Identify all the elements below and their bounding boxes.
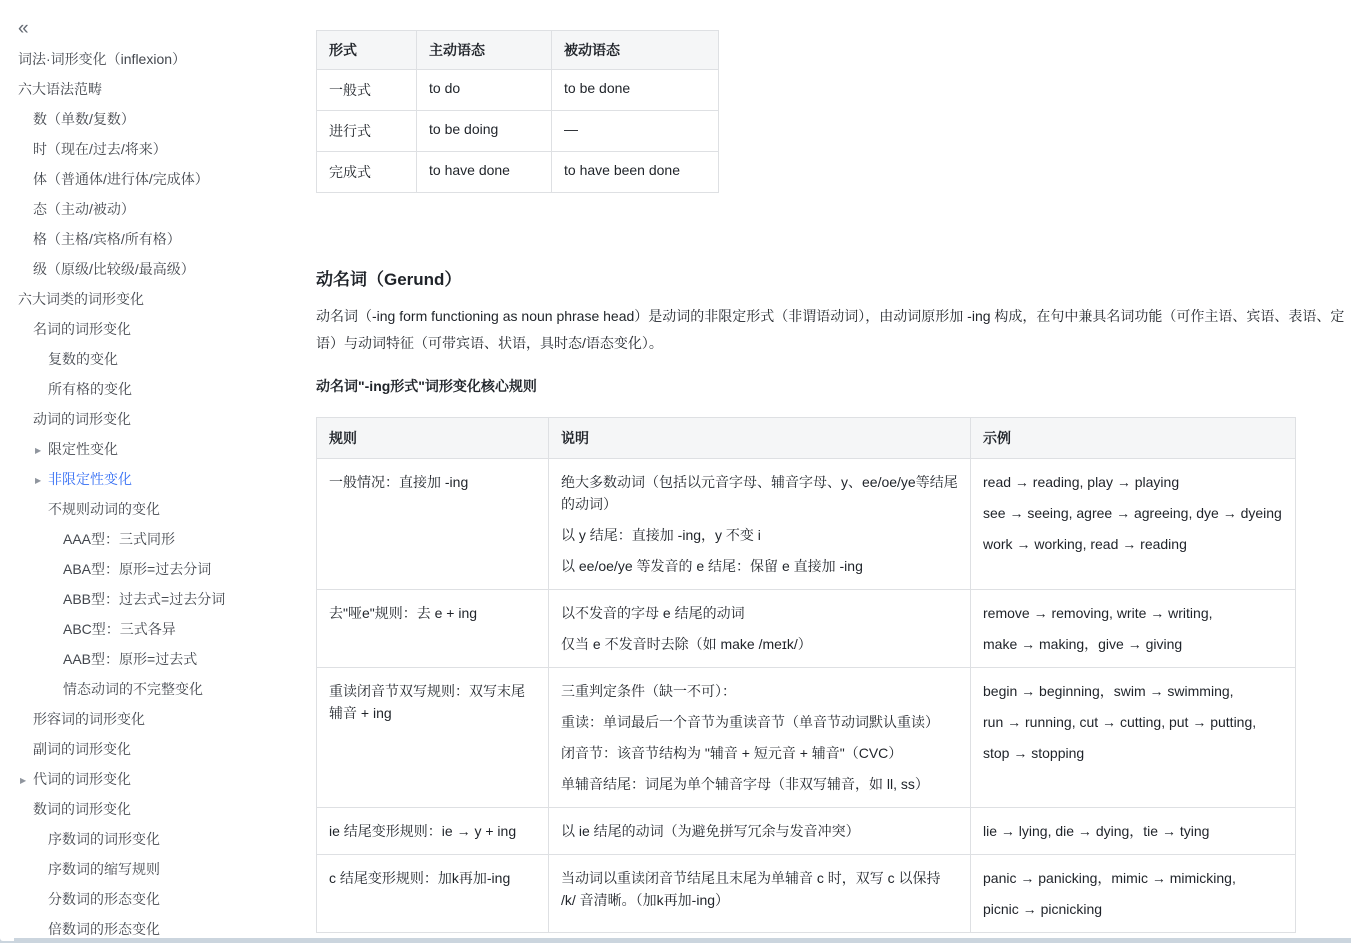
sidebar-item[interactable]: ▶限定性变化 bbox=[0, 434, 302, 464]
sidebar-item-label: 名词的词形变化 bbox=[33, 321, 131, 337]
table-cell: ie 结尾变形规则：ie → y + ing bbox=[317, 808, 549, 855]
sidebar: « 词法·词形变化（inflexion）六大语法范畴数（单数/复数）时（现在/过… bbox=[0, 0, 302, 943]
table-cell: 绝大多数动词（包括以元音字母、辅音字母、y、ee/oe/ye等结尾的动词）以 y… bbox=[549, 459, 971, 590]
table-cell: 三重判定条件（缺一不可）：重读：单词最后一个音节为重读音节（单音节动词默认重读）… bbox=[549, 668, 971, 808]
table-cell: 一般式 bbox=[317, 70, 417, 111]
table-cell: 以 ie 结尾的动词（为避免拼写冗余与发音冲突） bbox=[549, 808, 971, 855]
sidebar-item-label: ABA型：原形=过去分词 bbox=[63, 561, 211, 577]
table-cell: 一般情况：直接加 -ing bbox=[317, 459, 549, 590]
table-cell: 去"哑e"规则：去 e + ing bbox=[317, 590, 549, 668]
sidebar-item[interactable]: ABB型：过去式=过去分词 bbox=[0, 584, 302, 614]
sidebar-item[interactable]: 态（主动/被动） bbox=[0, 194, 302, 224]
sidebar-item-label: 所有格的变化 bbox=[48, 381, 132, 397]
sidebar-item-label: 形容词的词形变化 bbox=[33, 711, 145, 727]
sidebar-item[interactable]: 序数词的缩写规则 bbox=[0, 854, 302, 884]
sidebar-item-label: 动词的词形变化 bbox=[33, 411, 131, 427]
rules-table-body: 一般情况：直接加 -ing绝大多数动词（包括以元音字母、辅音字母、y、ee/oe… bbox=[317, 459, 1296, 933]
table-header-cell: 形式 bbox=[317, 31, 417, 70]
sidebar-item[interactable]: ▶代词的词形变化 bbox=[0, 764, 302, 794]
table-row: ie 结尾变形规则：ie → y + ing以 ie 结尾的动词（为避免拼写冗余… bbox=[317, 808, 1296, 855]
sidebar-item-label: 倍数词的形态变化 bbox=[48, 921, 160, 937]
sidebar-item[interactable]: 所有格的变化 bbox=[0, 374, 302, 404]
sidebar-item[interactable]: 序数词的词形变化 bbox=[0, 824, 302, 854]
sidebar-item-label: 级（原级/比较级/最高级） bbox=[33, 261, 195, 277]
sidebar-item[interactable]: ABA型：原形=过去分词 bbox=[0, 554, 302, 584]
voice-forms-table: 形式 主动语态 被动语态 一般式to doto be done进行式to be … bbox=[316, 30, 719, 193]
table-row: 去"哑e"规则：去 e + ing以不发音的字母 e 结尾的动词仅当 e 不发音… bbox=[317, 590, 1296, 668]
sidebar-item[interactable]: 复数的变化 bbox=[0, 344, 302, 374]
expand-arrow-icon[interactable]: ▶ bbox=[20, 766, 33, 796]
table-cell: to be done bbox=[552, 70, 719, 111]
table-cell: panic → panicking，mimic → mimicking,picn… bbox=[971, 855, 1296, 933]
expand-arrow-icon[interactable]: ▶ bbox=[35, 466, 48, 496]
sidebar-item-label: 序数词的缩写规则 bbox=[48, 861, 160, 877]
table-cell: read → reading, play → playingsee → seei… bbox=[971, 459, 1296, 590]
sidebar-item[interactable]: 形容词的词形变化 bbox=[0, 704, 302, 734]
sidebar-item-label: 副词的词形变化 bbox=[33, 741, 131, 757]
table-cell: 当动词以重读闭音节结尾且末尾为单辅音 c 时，双写 c 以保持 /k/ 音清晰。… bbox=[549, 855, 971, 933]
main-content: 形式 主动语态 被动语态 一般式to doto be done进行式to be … bbox=[316, 0, 1346, 943]
table-row: 一般情况：直接加 -ing绝大多数动词（包括以元音字母、辅音字母、y、ee/oe… bbox=[317, 459, 1296, 590]
sidebar-item-label: 词法·词形变化（inflexion） bbox=[18, 51, 186, 67]
sidebar-item-label: 复数的变化 bbox=[48, 351, 118, 367]
sidebar-item[interactable]: 体（普通体/进行体/完成体） bbox=[0, 164, 302, 194]
sidebar-item-label: 数词的词形变化 bbox=[33, 801, 131, 817]
document-app: « 词法·词形变化（inflexion）六大语法范畴数（单数/复数）时（现在/过… bbox=[0, 0, 1351, 943]
sidebar-item-label: 格（主格/宾格/所有格） bbox=[33, 231, 181, 247]
sidebar-item[interactable]: 动词的词形变化 bbox=[0, 404, 302, 434]
table-header-row: 形式 主动语态 被动语态 bbox=[317, 31, 719, 70]
sidebar-item-label: AAB型：原形=过去式 bbox=[63, 651, 197, 667]
table-header-cell: 主动语态 bbox=[417, 31, 552, 70]
section-paragraph: 动名词（-ing form functioning as noun phrase… bbox=[316, 303, 1346, 357]
table-row: c 结尾变形规则：加k再加-ing当动词以重读闭音节结尾且末尾为单辅音 c 时，… bbox=[317, 855, 1296, 933]
sidebar-item-label: 时（现在/过去/将来） bbox=[33, 141, 167, 157]
sidebar-item[interactable]: ABC型：三式各异 bbox=[0, 614, 302, 644]
sidebar-item[interactable]: 名词的词形变化 bbox=[0, 314, 302, 344]
sidebar-item-label: 态（主动/被动） bbox=[33, 201, 135, 217]
sidebar-item-label: 不规则动词的变化 bbox=[48, 501, 160, 517]
table-header-cell: 示例 bbox=[971, 418, 1296, 459]
table-header-cell: 规则 bbox=[317, 418, 549, 459]
sidebar-item[interactable]: 副词的词形变化 bbox=[0, 734, 302, 764]
table-cell: to have been done bbox=[552, 152, 719, 193]
table-cell: begin → beginning，swim → swimming,run → … bbox=[971, 668, 1296, 808]
sidebar-item-label: 分数词的形态变化 bbox=[48, 891, 160, 907]
table-cell: 重读闭音节双写规则：双写末尾辅音 + ing bbox=[317, 668, 549, 808]
sidebar-item-label: 序数词的词形变化 bbox=[48, 831, 160, 847]
sidebar-item-label: 六大语法范畴 bbox=[18, 81, 102, 97]
gerund-rules-table: 规则 说明 示例 一般情况：直接加 -ing绝大多数动词（包括以元音字母、辅音字… bbox=[316, 417, 1296, 933]
sidebar-item-label: AAA型：三式同形 bbox=[63, 531, 175, 547]
sidebar-item[interactable]: 分数词的形态变化 bbox=[0, 884, 302, 914]
sidebar-item[interactable]: 级（原级/比较级/最高级） bbox=[0, 254, 302, 284]
sidebar-item[interactable]: 六大词类的词形变化 bbox=[0, 284, 302, 314]
sidebar-item[interactable]: AAB型：原形=过去式 bbox=[0, 644, 302, 674]
sidebar-item[interactable]: 数词的词形变化 bbox=[0, 794, 302, 824]
window-bottom-edge bbox=[0, 938, 1351, 943]
sidebar-item[interactable]: 情态动词的不完整变化 bbox=[0, 674, 302, 704]
table-cell: to do bbox=[417, 70, 552, 111]
sidebar-item[interactable]: 六大语法范畴 bbox=[0, 74, 302, 104]
sidebar-item-label: 六大词类的词形变化 bbox=[18, 291, 144, 307]
sidebar-item-label: 数（单数/复数） bbox=[33, 111, 135, 127]
table-header-cell: 说明 bbox=[549, 418, 971, 459]
sidebar-item[interactable]: 格（主格/宾格/所有格） bbox=[0, 224, 302, 254]
table-cell: 完成式 bbox=[317, 152, 417, 193]
table-cell: c 结尾变形规则：加k再加-ing bbox=[317, 855, 549, 933]
sidebar-item[interactable]: 不规则动词的变化 bbox=[0, 494, 302, 524]
sidebar-item-label: ABB型：过去式=过去分词 bbox=[63, 591, 225, 607]
sidebar-item-label: 体（普通体/进行体/完成体） bbox=[33, 171, 209, 187]
sidebar-item-label: 非限定性变化 bbox=[48, 471, 132, 487]
table-cell: to be doing bbox=[417, 111, 552, 152]
table-cell: 进行式 bbox=[317, 111, 417, 152]
sidebar-item-label: 限定性变化 bbox=[48, 441, 118, 457]
table-row: 一般式to doto be done bbox=[317, 70, 719, 111]
sidebar-item[interactable]: AAA型：三式同形 bbox=[0, 524, 302, 554]
sidebar-item-label: 情态动词的不完整变化 bbox=[63, 681, 203, 697]
table-header-cell: 被动语态 bbox=[552, 31, 719, 70]
table-cell: 以不发音的字母 e 结尾的动词仅当 e 不发音时去除（如 make /meɪk/… bbox=[549, 590, 971, 668]
rules-subheading: 动名词"-ing形式"词形变化核心规则 bbox=[316, 376, 1346, 396]
table-header-row: 规则 说明 示例 bbox=[317, 418, 1296, 459]
table-cell: — bbox=[552, 111, 719, 152]
table-row: 重读闭音节双写规则：双写末尾辅音 + ing三重判定条件（缺一不可）：重读：单词… bbox=[317, 668, 1296, 808]
voice-table-body: 一般式to doto be done进行式to be doing—完成式to h… bbox=[317, 70, 719, 193]
sidebar-item[interactable]: ▶非限定性变化 bbox=[0, 464, 302, 494]
sidebar-item-label: ABC型：三式各异 bbox=[63, 621, 176, 637]
sidebar-item[interactable]: 数（单数/复数） bbox=[0, 104, 302, 134]
table-cell: lie → lying, die → dying，tie → tying bbox=[971, 808, 1296, 855]
table-row: 完成式to have doneto have been done bbox=[317, 152, 719, 193]
table-row: 进行式to be doing— bbox=[317, 111, 719, 152]
expand-arrow-icon[interactable]: ▶ bbox=[35, 436, 48, 466]
table-cell: to have done bbox=[417, 152, 552, 193]
collapse-sidebar-button[interactable]: « bbox=[0, 14, 302, 42]
sidebar-nav: 词法·词形变化（inflexion）六大语法范畴数（单数/复数）时（现在/过去/… bbox=[0, 44, 302, 943]
sidebar-item-label: 代词的词形变化 bbox=[33, 771, 131, 787]
section-heading: 动名词（Gerund） bbox=[316, 265, 1346, 290]
sidebar-item[interactable]: 词法·词形变化（inflexion） bbox=[0, 44, 302, 74]
table-cell: remove → removing, write → writing,make … bbox=[971, 590, 1296, 668]
sidebar-item[interactable]: 时（现在/过去/将来） bbox=[0, 134, 302, 164]
